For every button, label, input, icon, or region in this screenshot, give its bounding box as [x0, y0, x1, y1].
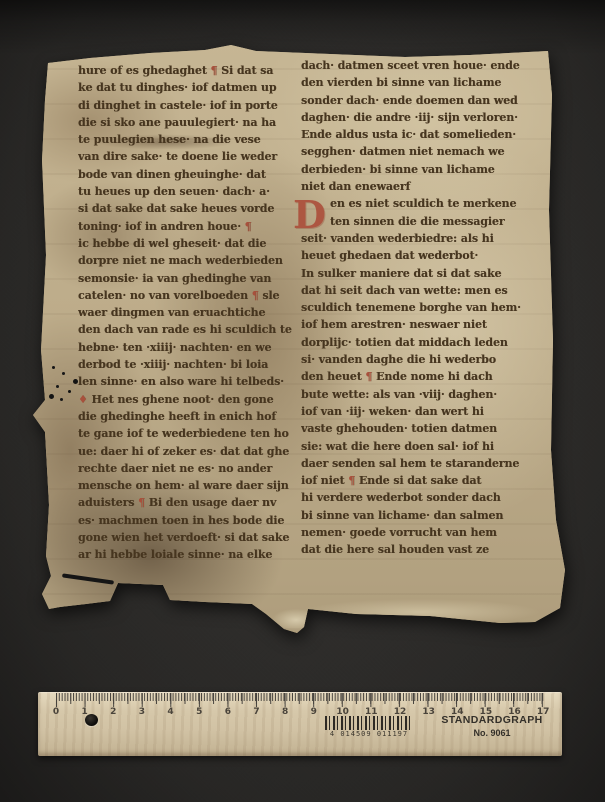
manuscript-line: dat hi seit dach van wette: men es	[301, 282, 551, 299]
manuscript-line: dorplijc· totien dat middach leden	[301, 334, 551, 351]
manuscript-line: es· machmen toen in hes bode die	[78, 512, 306, 529]
ruler-ticks-cm	[56, 693, 545, 707]
manuscript-line: ar hi hebbe loiale sinne· na elke	[78, 546, 306, 563]
ruler-number: 5	[193, 707, 205, 717]
text-column-right: dach· datmen sceet vren houe· endeden vi…	[301, 57, 551, 559]
manuscript-line: iof niet ¶ Ende si dat sake dat	[301, 472, 551, 489]
manuscript-line: hebne· ten ·xiiij· nachten· en we	[78, 339, 306, 356]
drop-cap-initial: D	[293, 198, 326, 232]
manuscript-line: segghen· datmen niet nemach we	[301, 143, 551, 160]
manuscript-line: sonder dach· ende doemen dan wed	[301, 92, 551, 109]
manuscript-line: bute wette: als van ·viij· daghen·	[301, 386, 551, 403]
ruler-brand: STANDARDGRAPH	[428, 714, 556, 726]
manuscript-line: sculdich tenemene borghe van hem·	[301, 299, 551, 316]
manuscript-line: semonsie· ia van ghedinghe van	[78, 270, 306, 287]
manuscript-line: di dinghet in castele· iof in porte	[78, 97, 306, 114]
manuscript-line: iof hem arestren· neswaer niet	[301, 316, 551, 333]
manuscript-line: van dire sake· te doene lie weder	[78, 148, 306, 165]
manuscript-line: heuet ghedaen dat wederbot·	[301, 247, 551, 264]
manuscript-line: den heuet ¶ Ende nome hi dach	[301, 368, 551, 385]
manuscript-line: die si sko ane pauulegiert· na ha	[78, 114, 306, 131]
manuscript-line: gone wien het verdoeft· si dat sake	[78, 529, 306, 546]
manuscript-line: daer senden sal hem te staranderne	[301, 455, 551, 472]
text-column-left: hure of es ghedaghet ¶ Si dat sake dat t…	[78, 62, 306, 564]
photo-background: hure of es ghedaghet ¶ Si dat sake dat t…	[0, 0, 605, 802]
manuscript-line: den vierden bi sinne van lichame	[301, 74, 551, 91]
ruler-brand-block: STANDARDGRAPH No. 9061	[428, 714, 556, 738]
manuscript-line: den dach van rade es hi sculdich te	[78, 321, 306, 338]
manuscript-line: rechte daer niet ne es· no ander	[78, 460, 306, 477]
manuscript-line: catelen· no van vorelboeden ¶ sle	[78, 287, 306, 304]
manuscript-line: si dat sake dat sake heues vorde	[78, 200, 306, 217]
manuscript-line: te gane iof te wederbiedene ten ho	[78, 425, 306, 442]
manuscript-line: hi verdere wederbot sonder dach	[301, 489, 551, 506]
manuscript-line: en es niet sculdich te merkene	[301, 195, 551, 212]
ruler-number: 7	[250, 707, 262, 717]
manuscript-line: ke dat tu dinghes· iof datmen up	[78, 79, 306, 96]
ruler-number: 3	[136, 707, 148, 717]
ruler: 01234567891011121314151617 4 014509 0111…	[38, 692, 562, 756]
manuscript-line: niet dan enewaerf	[301, 178, 551, 195]
manuscript-line: iof van ·iij· weken· dan wert hi	[301, 403, 551, 420]
manuscript-line: bode van dinen gheuinghe· dat	[78, 166, 306, 183]
manuscript-line: derbieden· bi sinne van lichame	[301, 161, 551, 178]
manuscript-line: dach· datmen sceet vren houe· ende	[301, 57, 551, 74]
manuscript-line: mensche on hem· al ware daer sijn	[78, 477, 306, 494]
ruler-model: No. 9061	[428, 728, 556, 738]
ruler-hole	[85, 714, 98, 726]
manuscript-line: aduisters ¶ Bi den usage daer nv	[78, 494, 306, 511]
manuscript-line: In sulker maniere dat si dat sake	[301, 265, 551, 282]
barcode	[325, 716, 413, 730]
ruler-number: 2	[107, 707, 119, 717]
manuscript-line: ten sinnen die die messagier	[301, 213, 551, 230]
manuscript-line: ue: daer hi of zeker es· dat dat ghe	[78, 443, 306, 460]
manuscript-line: tu heues up den seuen· dach· a·	[78, 183, 306, 200]
manuscript-line: sie: wat die here doen sal· iof hi	[301, 438, 551, 455]
manuscript-line: si· vanden daghe die hi wederbo	[301, 351, 551, 368]
manuscript-line: Ende aldus usta ic· dat somelieden·	[301, 126, 551, 143]
manuscript-line: bi sinne van lichame· dan salmen	[301, 507, 551, 524]
ruler-number: 4	[165, 707, 177, 717]
manuscript-line: seit· vanden wederbiedre: als hi	[301, 230, 551, 247]
barcode-digits: 4 014509 011197	[319, 730, 419, 738]
manuscript-line: waer dingmen van eruachtiche	[78, 304, 306, 321]
manuscript-line: toning· iof in andren houe· ¶	[78, 218, 306, 235]
manuscript-line: ic hebbe di wel gheseit· dat die	[78, 235, 306, 252]
ruler-number: 6	[222, 707, 234, 717]
manuscript-line: vaste ghehouden· totien datmen	[301, 420, 551, 437]
ruler-number: 0	[50, 707, 62, 717]
manuscript-line: dat die here sal houden vast ze	[301, 541, 551, 558]
ruler-number: 9	[308, 707, 320, 717]
manuscript-line: hure of es ghedaghet ¶ Si dat sa	[78, 62, 306, 79]
manuscript-line: nemen· goede vorrucht van hem	[301, 524, 551, 541]
ruler-number: 8	[279, 707, 291, 717]
manuscript-line: ♦ Het nes ghene noot· den gone	[78, 391, 306, 408]
manuscript-line: derbod te ·xiiij· nachten· bi loia	[78, 356, 306, 373]
wormholes	[52, 366, 55, 369]
manuscript-line: die ghedinghe heeft in enich hof	[78, 408, 306, 425]
manuscript-line: dorpre niet ne mach wederbieden	[78, 252, 306, 269]
manuscript-line: len sinne· en also ware hi telbeds·	[78, 373, 306, 390]
manuscript-line: te puulegien hese· na die vese	[78, 131, 306, 148]
manuscript-line: daghen· die andre ·iij· sijn verloren·	[301, 109, 551, 126]
